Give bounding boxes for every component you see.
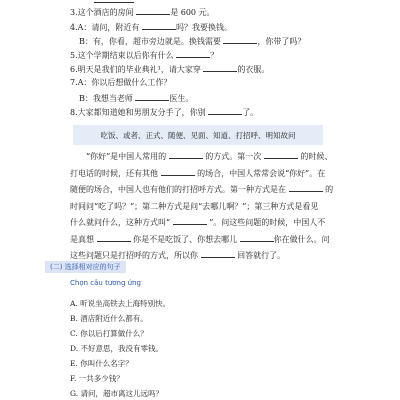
answer-blank[interactable] (201, 249, 235, 258)
word-bank-box: 吃饭、或者、正式、随便、见面、知道、打招呼、明知故问 (73, 125, 323, 145)
answer-blank[interactable] (289, 183, 323, 192)
answer-blank[interactable] (169, 150, 203, 159)
answer-blank[interactable] (136, 6, 170, 15)
answer-blank[interactable] (135, 92, 169, 101)
answer-blank[interactable] (161, 167, 195, 176)
exercise-item-7a: 7.A：你以后想做什么工作？ (70, 78, 171, 88)
option-e: E. 你叫什么名字？ (70, 358, 133, 369)
exercise-item-7b: B：我想当老师 医生。 (79, 92, 193, 104)
option-f: F. 一共多少钱？ (70, 373, 124, 384)
exercise-item-8: 8.大家都知道她和男朋友分手了，你别 了。 (70, 106, 258, 118)
answer-blank[interactable] (240, 233, 274, 242)
exercise-item-4b: B：有，你看，超市旁边就是。换钱需要 ，你带了吗？ (79, 35, 305, 47)
answer-blank[interactable] (208, 106, 242, 115)
option-a: A. 听说坐高铁去上海特别快。 (70, 298, 170, 309)
exercise-item-4a: 4.A：请问，附近有 吗？我要换钱。 (70, 21, 232, 33)
section-title: (二) 选择相对应的句子 (45, 261, 126, 273)
option-d: D. 不好意思，我没有零钱。 (70, 343, 163, 354)
answer-blank[interactable] (142, 21, 176, 30)
answer-blank[interactable] (264, 150, 298, 159)
option-g: G. 请问，超市离这儿远吗？ (70, 388, 163, 399)
exercise-item-6: 6.明天是我们的毕业典礼¹，请大家穿 的衣服。 (70, 63, 269, 75)
word-bank-text: 吃饭、或者、正式、随便、见面、知道、打招呼、明知故问 (73, 130, 323, 141)
answer-blank[interactable] (97, 233, 131, 242)
option-c: C. 你以后打算做什么？ (70, 328, 148, 339)
fill-in-passage: “你好”是中国人常用的 的方式。第一次 的时候、 打电话的时候，还有其他 的场合… (70, 149, 342, 265)
exercise-item-5: 5.这个学期结束以后你有什么 ？ (70, 49, 218, 61)
answer-blank[interactable] (173, 216, 207, 225)
section-subtitle: Chọn câu tương ứng (70, 279, 141, 287)
answer-blank[interactable] (223, 35, 257, 44)
answer-blank[interactable] (203, 63, 237, 72)
answer-blank[interactable] (176, 49, 210, 58)
exercise-item-3: 3.这个酒店的房间 是 600 元。 (70, 6, 215, 18)
option-b: B. 酒店附近什么都有。 (70, 313, 148, 324)
